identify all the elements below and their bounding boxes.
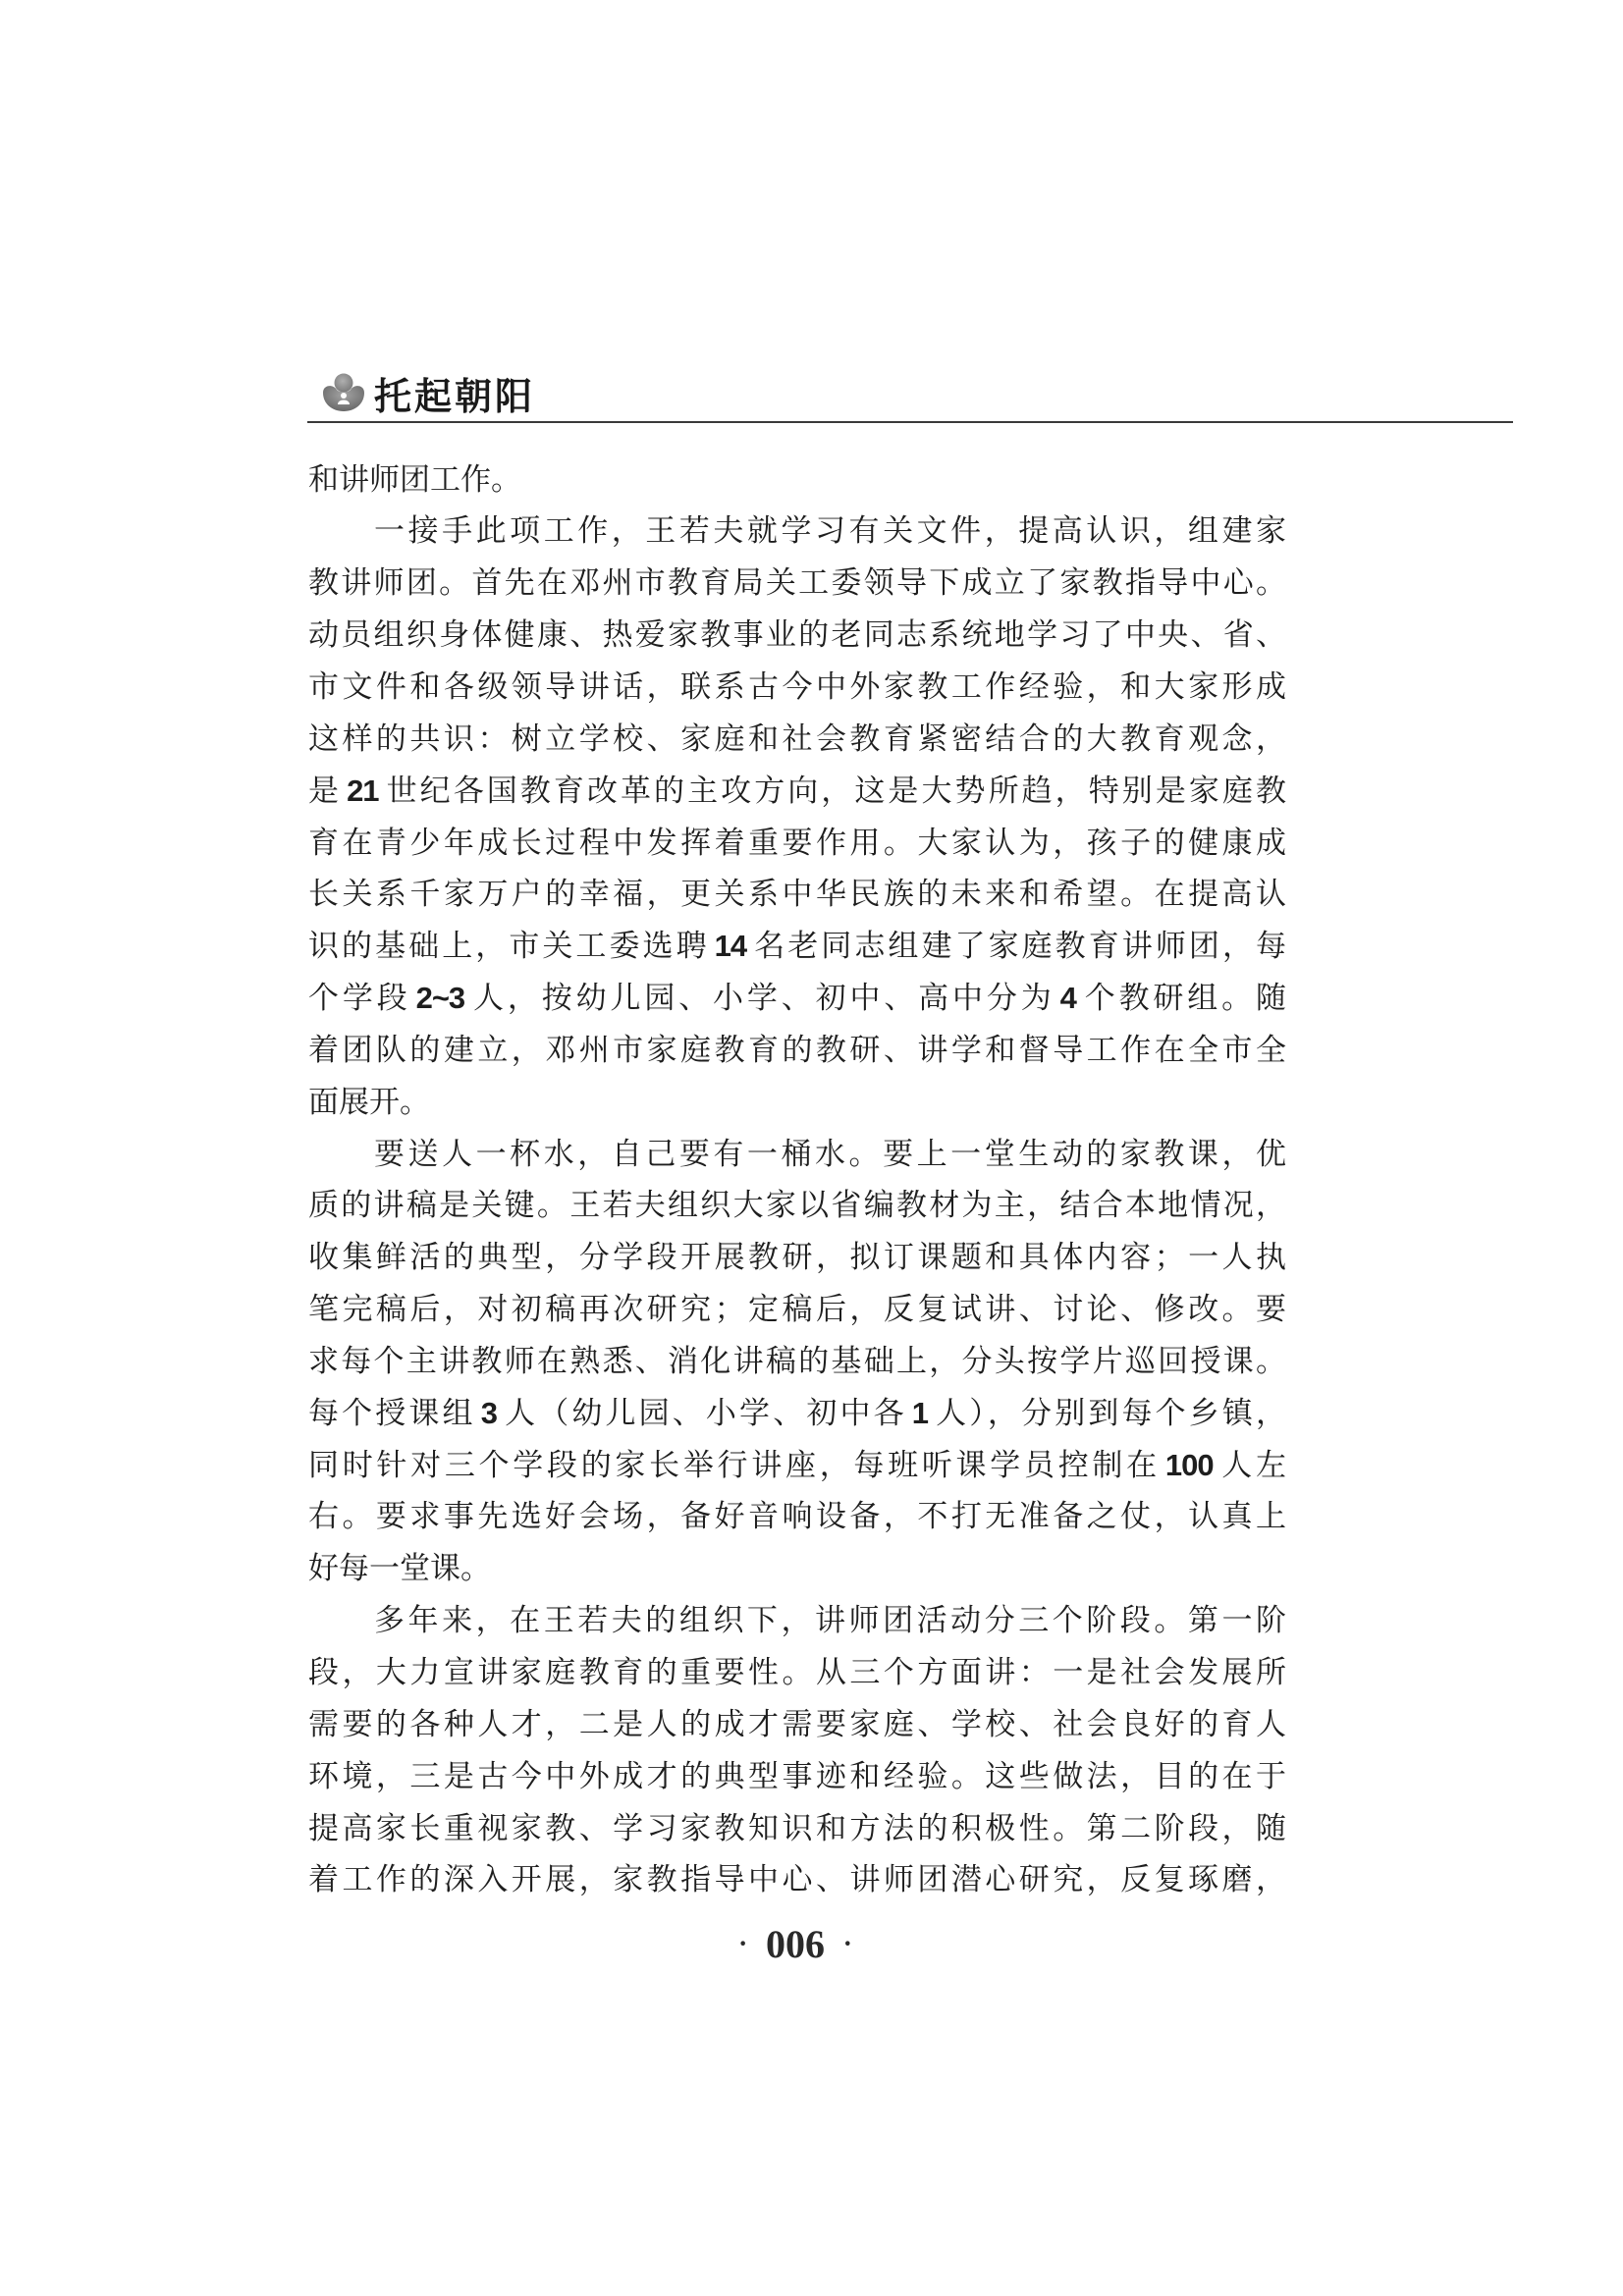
text-line: 长关系千家万户的幸福，更关系中华民族的未来和希望。在提高认 xyxy=(308,869,1286,921)
page-number: · 006 · xyxy=(738,1922,852,1967)
text-line: 环境，三是古今中外成才的典型事迹和经验。这些做法，目的在于 xyxy=(308,1751,1286,1803)
text-segment: 求每个主讲教师在熟悉、消化讲稿的基础上，分头按学片巡回授课。 xyxy=(308,1344,1286,1379)
text-segment: 同时针对三个学段的家长举行讲座，每班听课学员控制在 xyxy=(308,1448,1161,1483)
paragraph: 和讲师团工作。 xyxy=(308,454,1286,507)
text-segment: 着团队的建立，邓州市家庭教育的教研、讲学和督导工作在全市全 xyxy=(308,1033,1286,1068)
number-segment: 2~3 xyxy=(416,981,465,1015)
text-line: 是21世纪各国教育改革的主攻方向，这是大势所趋，特别是家庭教 xyxy=(308,766,1286,818)
text-line: 质的讲稿是关键。王若夫组织大家以省编教材为主，结合本地情况， xyxy=(308,1180,1286,1232)
text-segment: 需要的各种人才，二是人的成才需要家庭、学校、社会良好的育人 xyxy=(308,1707,1286,1742)
text-segment: 长关系千家万户的幸福，更关系中华民族的未来和希望。在提高认 xyxy=(308,877,1286,912)
text-line: 每个授课组3人（幼儿园、小学、初中各1人），分别到每个乡镇， xyxy=(308,1388,1286,1440)
text-segment: 笔完稿后，对初稿再次研究；定稿后，反复试讲、讨论、修改。要 xyxy=(308,1292,1286,1327)
folio-ornament-right: · xyxy=(843,1922,852,1967)
text-segment: 世纪各国教育改革的主攻方向，这是大势所趋，特别是家庭教 xyxy=(384,774,1286,809)
text-segment: 市文件和各级领导讲话，联系古今中外家教工作经验，和大家形成 xyxy=(308,669,1286,705)
paragraph: 要送人一杯水，自己要有一桶水。要上一堂生动的家教课，优 质的讲稿是关键。王若夫组… xyxy=(308,1129,1286,1596)
text-segment: 名老同志组建了家庭教育讲师团，每 xyxy=(751,929,1286,964)
paragraph: 多年来，在王若夫的组织下，讲师团活动分三个阶段。第一阶 段，大力宣讲家庭教育的重… xyxy=(308,1595,1286,1906)
text-line: 需要的各种人才，二是人的成才需要家庭、学校、社会良好的育人 xyxy=(308,1699,1286,1751)
text-segment: 好每一堂课。 xyxy=(308,1551,491,1586)
number-segment: 100 xyxy=(1165,1448,1214,1482)
text-line: 市文件和各级领导讲话，联系古今中外家教工作经验，和大家形成 xyxy=(308,662,1286,714)
text-segment: 提高家长重视家教、学习家教知识和方法的积极性。第二阶段，随 xyxy=(308,1811,1286,1846)
paragraph: 一接手此项工作，王若夫就学习有关文件，提高认识，组建家 教讲师团。首先在邓州市教… xyxy=(308,506,1286,1128)
text-segment: 和讲师团工作。 xyxy=(308,462,521,498)
text-segment: 收集鲜活的典型，分学段开展教研，拟订课题和具体内容；一人执 xyxy=(308,1240,1286,1275)
text-segment: 要送人一杯水，自己要有一桶水。要上一堂生动的家教课，优 xyxy=(374,1137,1286,1172)
text-line: 右。要求事先选好会场，备好音响设备，不打无准备之仗，认真上 xyxy=(308,1491,1286,1543)
text-line: 好每一堂课。 xyxy=(308,1543,1286,1595)
page-number-value: 006 xyxy=(766,1922,825,1967)
text-line: 同时针对三个学段的家长举行讲座，每班听课学员控制在100人左 xyxy=(308,1440,1286,1492)
text-line: 笔完稿后，对初稿再次研究；定稿后，反复试讲、讨论、修改。要 xyxy=(308,1284,1286,1336)
text-line: 和讲师团工作。 xyxy=(308,454,1286,507)
text-segment: 个学段 xyxy=(308,981,411,1016)
text-line: 提高家长重视家教、学习家教知识和方法的积极性。第二阶段，随 xyxy=(308,1803,1286,1855)
text-line: 育在青少年成长过程中发挥着重要作用。大家认为，孩子的健康成 xyxy=(308,818,1286,870)
header-rule xyxy=(307,421,1513,423)
number-segment: 4 xyxy=(1060,981,1076,1015)
text-segment: 质的讲稿是关键。王若夫组织大家以省编教材为主，结合本地情况， xyxy=(308,1188,1286,1223)
lotus-figure-logo-icon xyxy=(321,371,366,412)
text-segment: 环境，三是古今中外成才的典型事迹和经验。这些做法，目的在于 xyxy=(308,1759,1286,1794)
number-segment: 21 xyxy=(347,774,378,808)
text-segment: 着工作的深入开展，家教指导中心、讲师团潜心研究，反复琢磨， xyxy=(308,1862,1286,1897)
text-segment: 这样的共识：树立学校、家庭和社会教育紧密结合的大教育观念， xyxy=(308,721,1286,757)
text-segment: 人，按幼儿园、小学、初中、高中分为 xyxy=(469,981,1055,1016)
text-segment: 一接手此项工作，王若夫就学习有关文件，提高认识，组建家 xyxy=(374,513,1286,549)
text-line: 教讲师团。首先在邓州市教育局关工委领导下成立了家教指导中心。 xyxy=(308,558,1286,610)
text-segment: 面展开。 xyxy=(308,1085,430,1120)
text-line: 求每个主讲教师在熟悉、消化讲稿的基础上，分头按学片巡回授课。 xyxy=(308,1336,1286,1388)
text-line: 着工作的深入开展，家教指导中心、讲师团潜心研究，反复琢磨， xyxy=(308,1854,1286,1906)
text-segment: 右。要求事先选好会场，备好音响设备，不打无准备之仗，认真上 xyxy=(308,1499,1286,1534)
text-line: 一接手此项工作，王若夫就学习有关文件，提高认识，组建家 xyxy=(308,506,1286,558)
text-segment: 识的基础上，市关工委选聘 xyxy=(308,929,710,964)
text-segment: 每个授课组 xyxy=(308,1396,476,1431)
book-page: 托起朝阳 和讲师团工作。 一接手此项工作，王若夫就学习有关文件，提高认识，组建家… xyxy=(0,0,1623,2296)
text-line: 段，大力宣讲家庭教育的重要性。从三个方面讲：一是社会发展所 xyxy=(308,1647,1286,1699)
text-segment: 教讲师团。首先在邓州市教育局关工委领导下成立了家教指导中心。 xyxy=(308,565,1286,601)
running-head-book-title: 托起朝阳 xyxy=(374,376,535,417)
text-line: 多年来，在王若夫的组织下，讲师团活动分三个阶段。第一阶 xyxy=(308,1595,1286,1647)
text-line: 识的基础上，市关工委选聘14名老同志组建了家庭教育讲师团，每 xyxy=(308,921,1286,973)
text-segment: 育在青少年成长过程中发挥着重要作用。大家认为，孩子的健康成 xyxy=(308,826,1286,861)
folio-ornament-left: · xyxy=(738,1922,747,1967)
text-line: 这样的共识：树立学校、家庭和社会教育紧密结合的大教育观念， xyxy=(308,714,1286,766)
body-text: 和讲师团工作。 一接手此项工作，王若夫就学习有关文件，提高认识，组建家 教讲师团… xyxy=(308,454,1286,1907)
text-segment: 段，大力宣讲家庭教育的重要性。从三个方面讲：一是社会发展所 xyxy=(308,1655,1286,1690)
text-segment: 动员组织身体健康、热爱家教事业的老同志系统地学习了中央、省、 xyxy=(308,617,1286,653)
text-line: 着团队的建立，邓州市家庭教育的教研、讲学和督导工作在全市全 xyxy=(308,1025,1286,1077)
text-segment: 人），分别到每个乡镇， xyxy=(933,1396,1286,1431)
text-segment: 多年来，在王若夫的组织下，讲师团活动分三个阶段。第一阶 xyxy=(374,1603,1286,1638)
text-segment: 个教研组。随 xyxy=(1081,981,1286,1016)
text-line: 面展开。 xyxy=(308,1077,1286,1129)
number-segment: 14 xyxy=(715,929,746,963)
text-segment: 人左 xyxy=(1218,1448,1286,1483)
text-segment: 人（幼儿园、小学、初中各 xyxy=(502,1396,907,1431)
text-line: 个学段2~3人，按幼儿园、小学、初中、高中分为4个教研组。随 xyxy=(308,973,1286,1025)
text-line: 动员组织身体健康、热爱家教事业的老同志系统地学习了中央、省、 xyxy=(308,610,1286,662)
number-segment: 3 xyxy=(481,1396,497,1430)
text-segment: 是 xyxy=(308,774,342,809)
number-segment: 1 xyxy=(912,1396,928,1430)
text-line: 要送人一杯水，自己要有一桶水。要上一堂生动的家教课，优 xyxy=(308,1129,1286,1181)
text-line: 收集鲜活的典型，分学段开展教研，拟订课题和具体内容；一人执 xyxy=(308,1232,1286,1284)
